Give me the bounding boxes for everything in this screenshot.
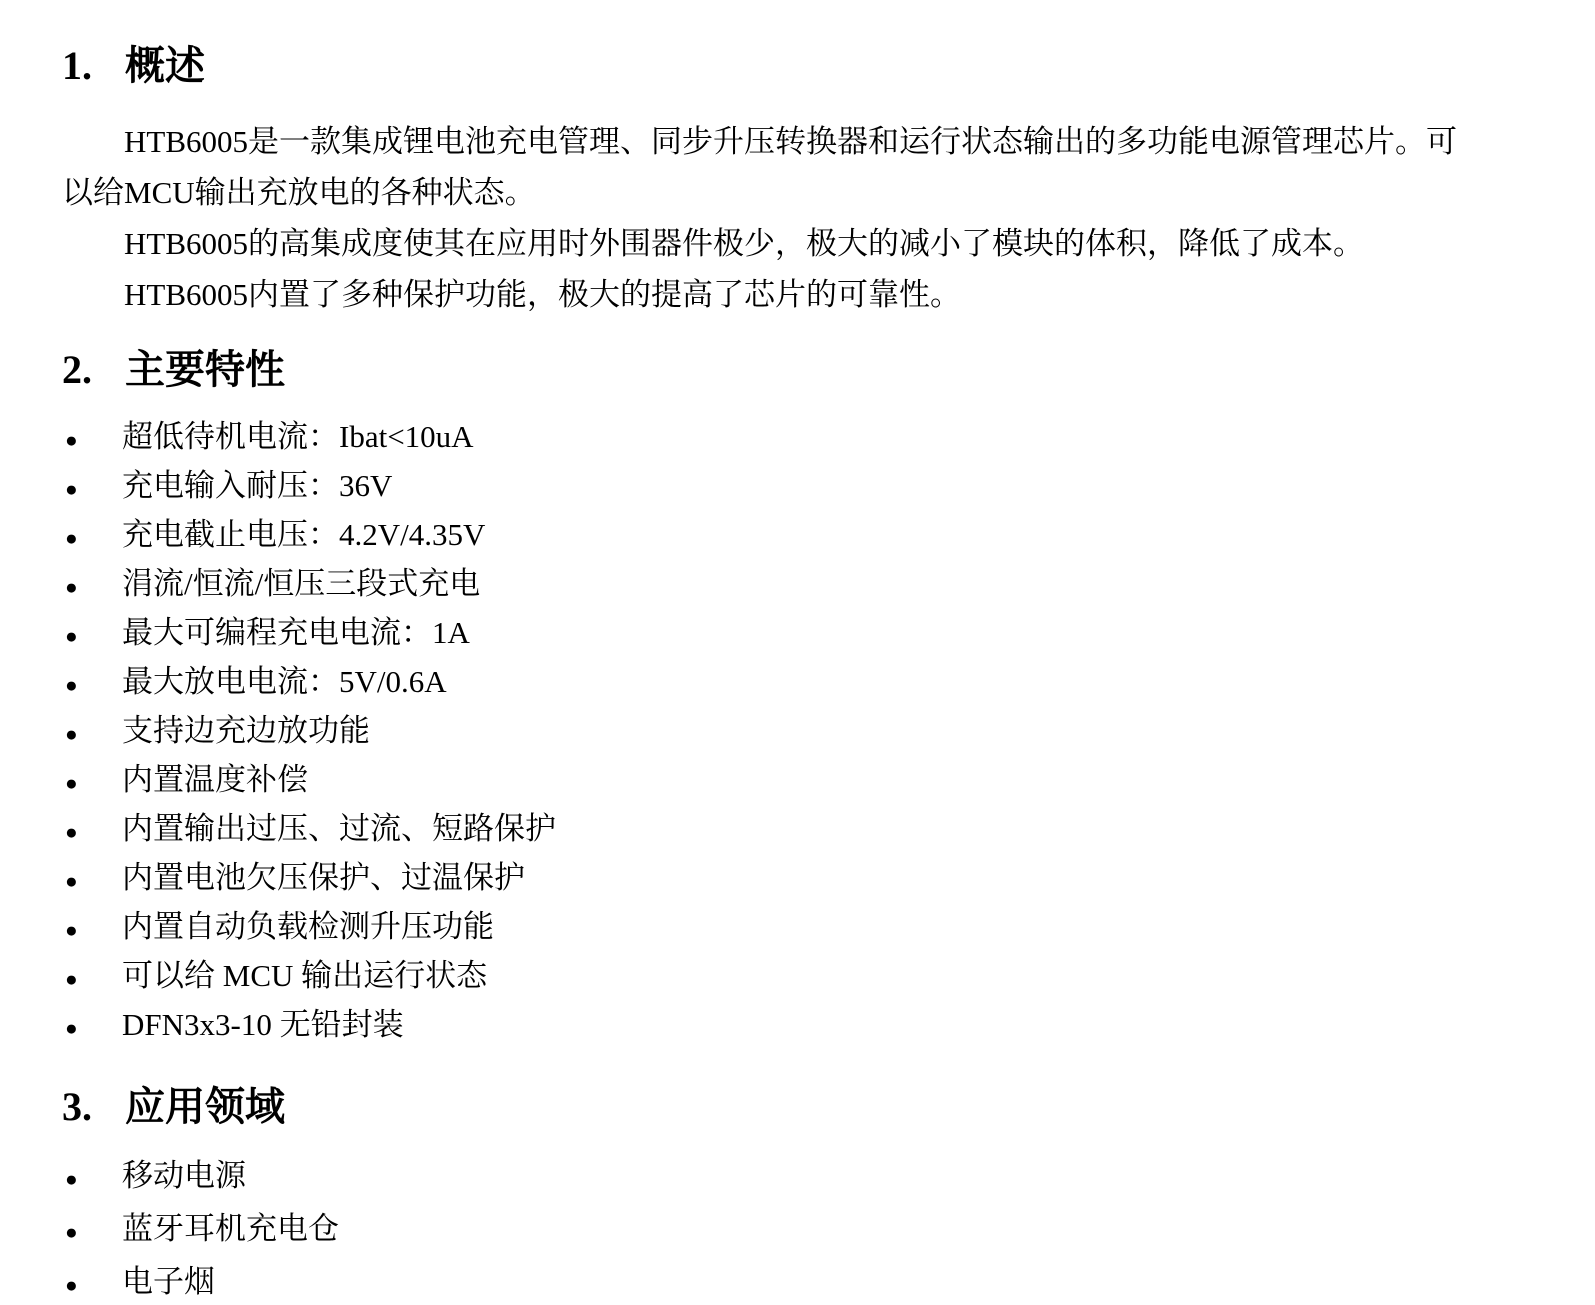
list-item: ● 最大放电电流：5V/0.6A xyxy=(62,659,1457,708)
list-item: ● 移动电源 xyxy=(62,1151,1457,1204)
document-page: 1. 概述 HTB6005是一款集成锂电池充电管理、同步升压转换器和运行状态输出… xyxy=(0,0,1595,1305)
features-list: ● 超低待机电流：Ibat<10uA ● 充电输入耐压：36V ● 充电截止电压… xyxy=(62,414,1457,1051)
bullet-icon: ● xyxy=(62,1261,122,1305)
bullet-icon: ● xyxy=(62,515,122,561)
application-item-text: 电子烟 xyxy=(122,1257,1457,1305)
application-item-text: 蓝牙耳机充电仓 xyxy=(122,1204,1457,1253)
section-3-title: 应用领域 xyxy=(125,1079,1457,1135)
overview-paragraph-3: HTB6005内置了多种保护功能，极大的提高了芯片的可靠性。 xyxy=(62,269,1457,320)
feature-item-text: 充电输入耐压：36V xyxy=(122,463,1457,509)
section-2-number: 2. xyxy=(62,342,125,398)
feature-item-text: DFN3x3-10 无铅封装 xyxy=(122,1002,1457,1048)
bullet-icon: ● xyxy=(62,417,122,463)
section-2-title: 主要特性 xyxy=(125,342,1457,398)
list-item: ● 内置输出过压、过流、短路保护 xyxy=(62,806,1457,855)
bullet-icon: ● xyxy=(62,466,122,512)
list-item: ● 充电输入耐压：36V xyxy=(62,463,1457,512)
list-item: ● 支持边充边放功能 xyxy=(62,708,1457,757)
feature-item-text: 充电截止电压：4.2V/4.35V xyxy=(122,512,1457,558)
bullet-icon: ● xyxy=(62,956,122,1002)
feature-item-text: 支持边充边放功能 xyxy=(122,708,1457,754)
bullet-icon: ● xyxy=(62,613,122,659)
bullet-icon: ● xyxy=(62,1208,122,1257)
bullet-icon: ● xyxy=(62,760,122,806)
list-item: ● 内置自动负载检测升压功能 xyxy=(62,904,1457,953)
section-3-number: 3. xyxy=(62,1079,125,1135)
feature-item-text: 内置温度补偿 xyxy=(122,757,1457,803)
bullet-icon: ● xyxy=(62,809,122,855)
section-1-body: HTB6005是一款集成锂电池充电管理、同步升压转换器和运行状态输出的多功能电源… xyxy=(62,116,1457,320)
overview-paragraph-1: HTB6005是一款集成锂电池充电管理、同步升压转换器和运行状态输出的多功能电源… xyxy=(62,116,1457,218)
bullet-icon: ● xyxy=(62,1005,122,1051)
feature-item-text: 最大放电电流：5V/0.6A xyxy=(122,659,1457,705)
feature-item-text: 最大可编程充电电流：1A xyxy=(122,610,1457,656)
list-item: ● 蓝牙耳机充电仓 xyxy=(62,1204,1457,1257)
bullet-icon: ● xyxy=(62,662,122,708)
bullet-icon: ● xyxy=(62,711,122,757)
list-item: ● 内置电池欠压保护、过温保护 xyxy=(62,855,1457,904)
feature-item-text: 涓流/恒流/恒压三段式充电 xyxy=(122,561,1457,607)
list-item: ● 电子烟 xyxy=(62,1257,1457,1305)
list-item: ● 最大可编程充电电流：1A xyxy=(62,610,1457,659)
section-1-title: 概述 xyxy=(125,38,1457,94)
feature-item-text: 可以给 MCU 输出运行状态 xyxy=(122,953,1457,999)
applications-list: ● 移动电源 ● 蓝牙耳机充电仓 ● 电子烟 xyxy=(62,1151,1457,1305)
bullet-icon: ● xyxy=(62,1155,122,1204)
section-1-number: 1. xyxy=(62,38,125,94)
application-item-text: 移动电源 xyxy=(122,1151,1457,1200)
feature-item-text: 内置电池欠压保护、过温保护 xyxy=(122,855,1457,901)
section-1-heading: 1. 概述 xyxy=(62,38,1457,94)
list-item: ● 内置温度补偿 xyxy=(62,757,1457,806)
list-item: ● DFN3x3-10 无铅封装 xyxy=(62,1002,1457,1051)
feature-item-text: 内置输出过压、过流、短路保护 xyxy=(122,806,1457,852)
bullet-icon: ● xyxy=(62,907,122,953)
feature-item-text: 超低待机电流：Ibat<10uA xyxy=(122,414,1457,460)
list-item: ● 涓流/恒流/恒压三段式充电 xyxy=(62,561,1457,610)
section-3-heading: 3. 应用领域 xyxy=(62,1079,1457,1135)
list-item: ● 超低待机电流：Ibat<10uA xyxy=(62,414,1457,463)
list-item: ● 充电截止电压：4.2V/4.35V xyxy=(62,512,1457,561)
list-item: ● 可以给 MCU 输出运行状态 xyxy=(62,953,1457,1002)
feature-item-text: 内置自动负载检测升压功能 xyxy=(122,904,1457,950)
section-2-heading: 2. 主要特性 xyxy=(62,342,1457,398)
overview-paragraph-2: HTB6005的高集成度使其在应用时外围器件极少，极大的减小了模块的体积，降低了… xyxy=(62,218,1457,269)
bullet-icon: ● xyxy=(62,564,122,610)
bullet-icon: ● xyxy=(62,858,122,904)
